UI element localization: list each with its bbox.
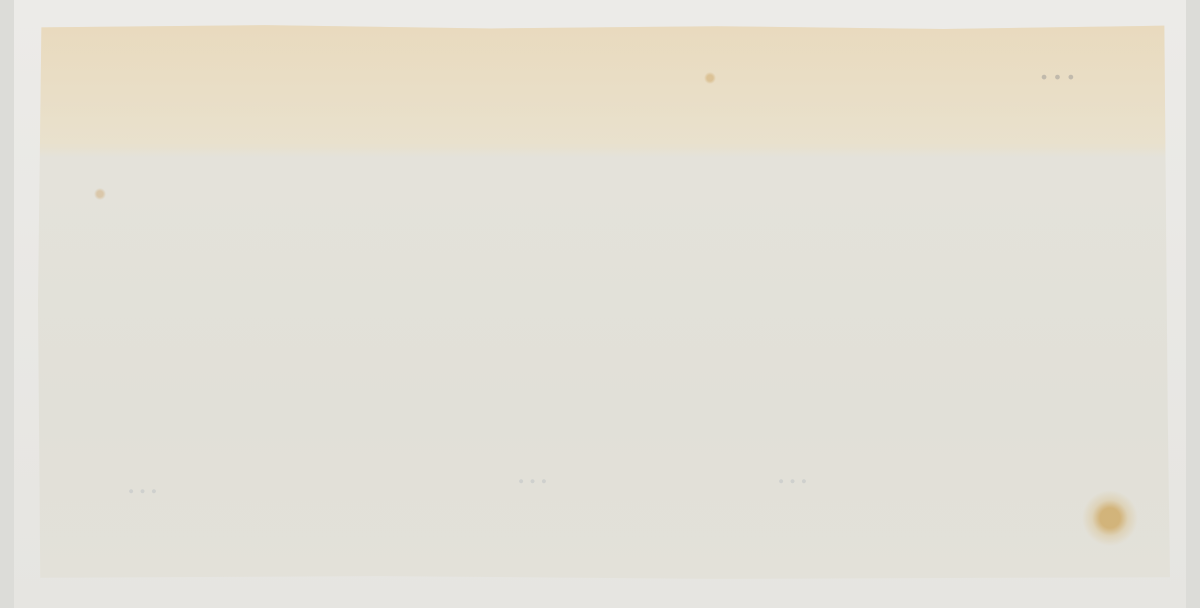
- mount-edge-left: [0, 0, 14, 608]
- pencil-inscription: …: [1040, 42, 1080, 89]
- show-through-text: …: [518, 454, 548, 492]
- paper-sheet: … … … …: [38, 24, 1170, 580]
- mount-board: … … … …: [0, 0, 1200, 608]
- mount-edge-right: [1186, 0, 1200, 608]
- discolored-top-band: [38, 24, 1170, 144]
- show-through-text: …: [128, 464, 158, 502]
- show-through-text: …: [778, 454, 808, 492]
